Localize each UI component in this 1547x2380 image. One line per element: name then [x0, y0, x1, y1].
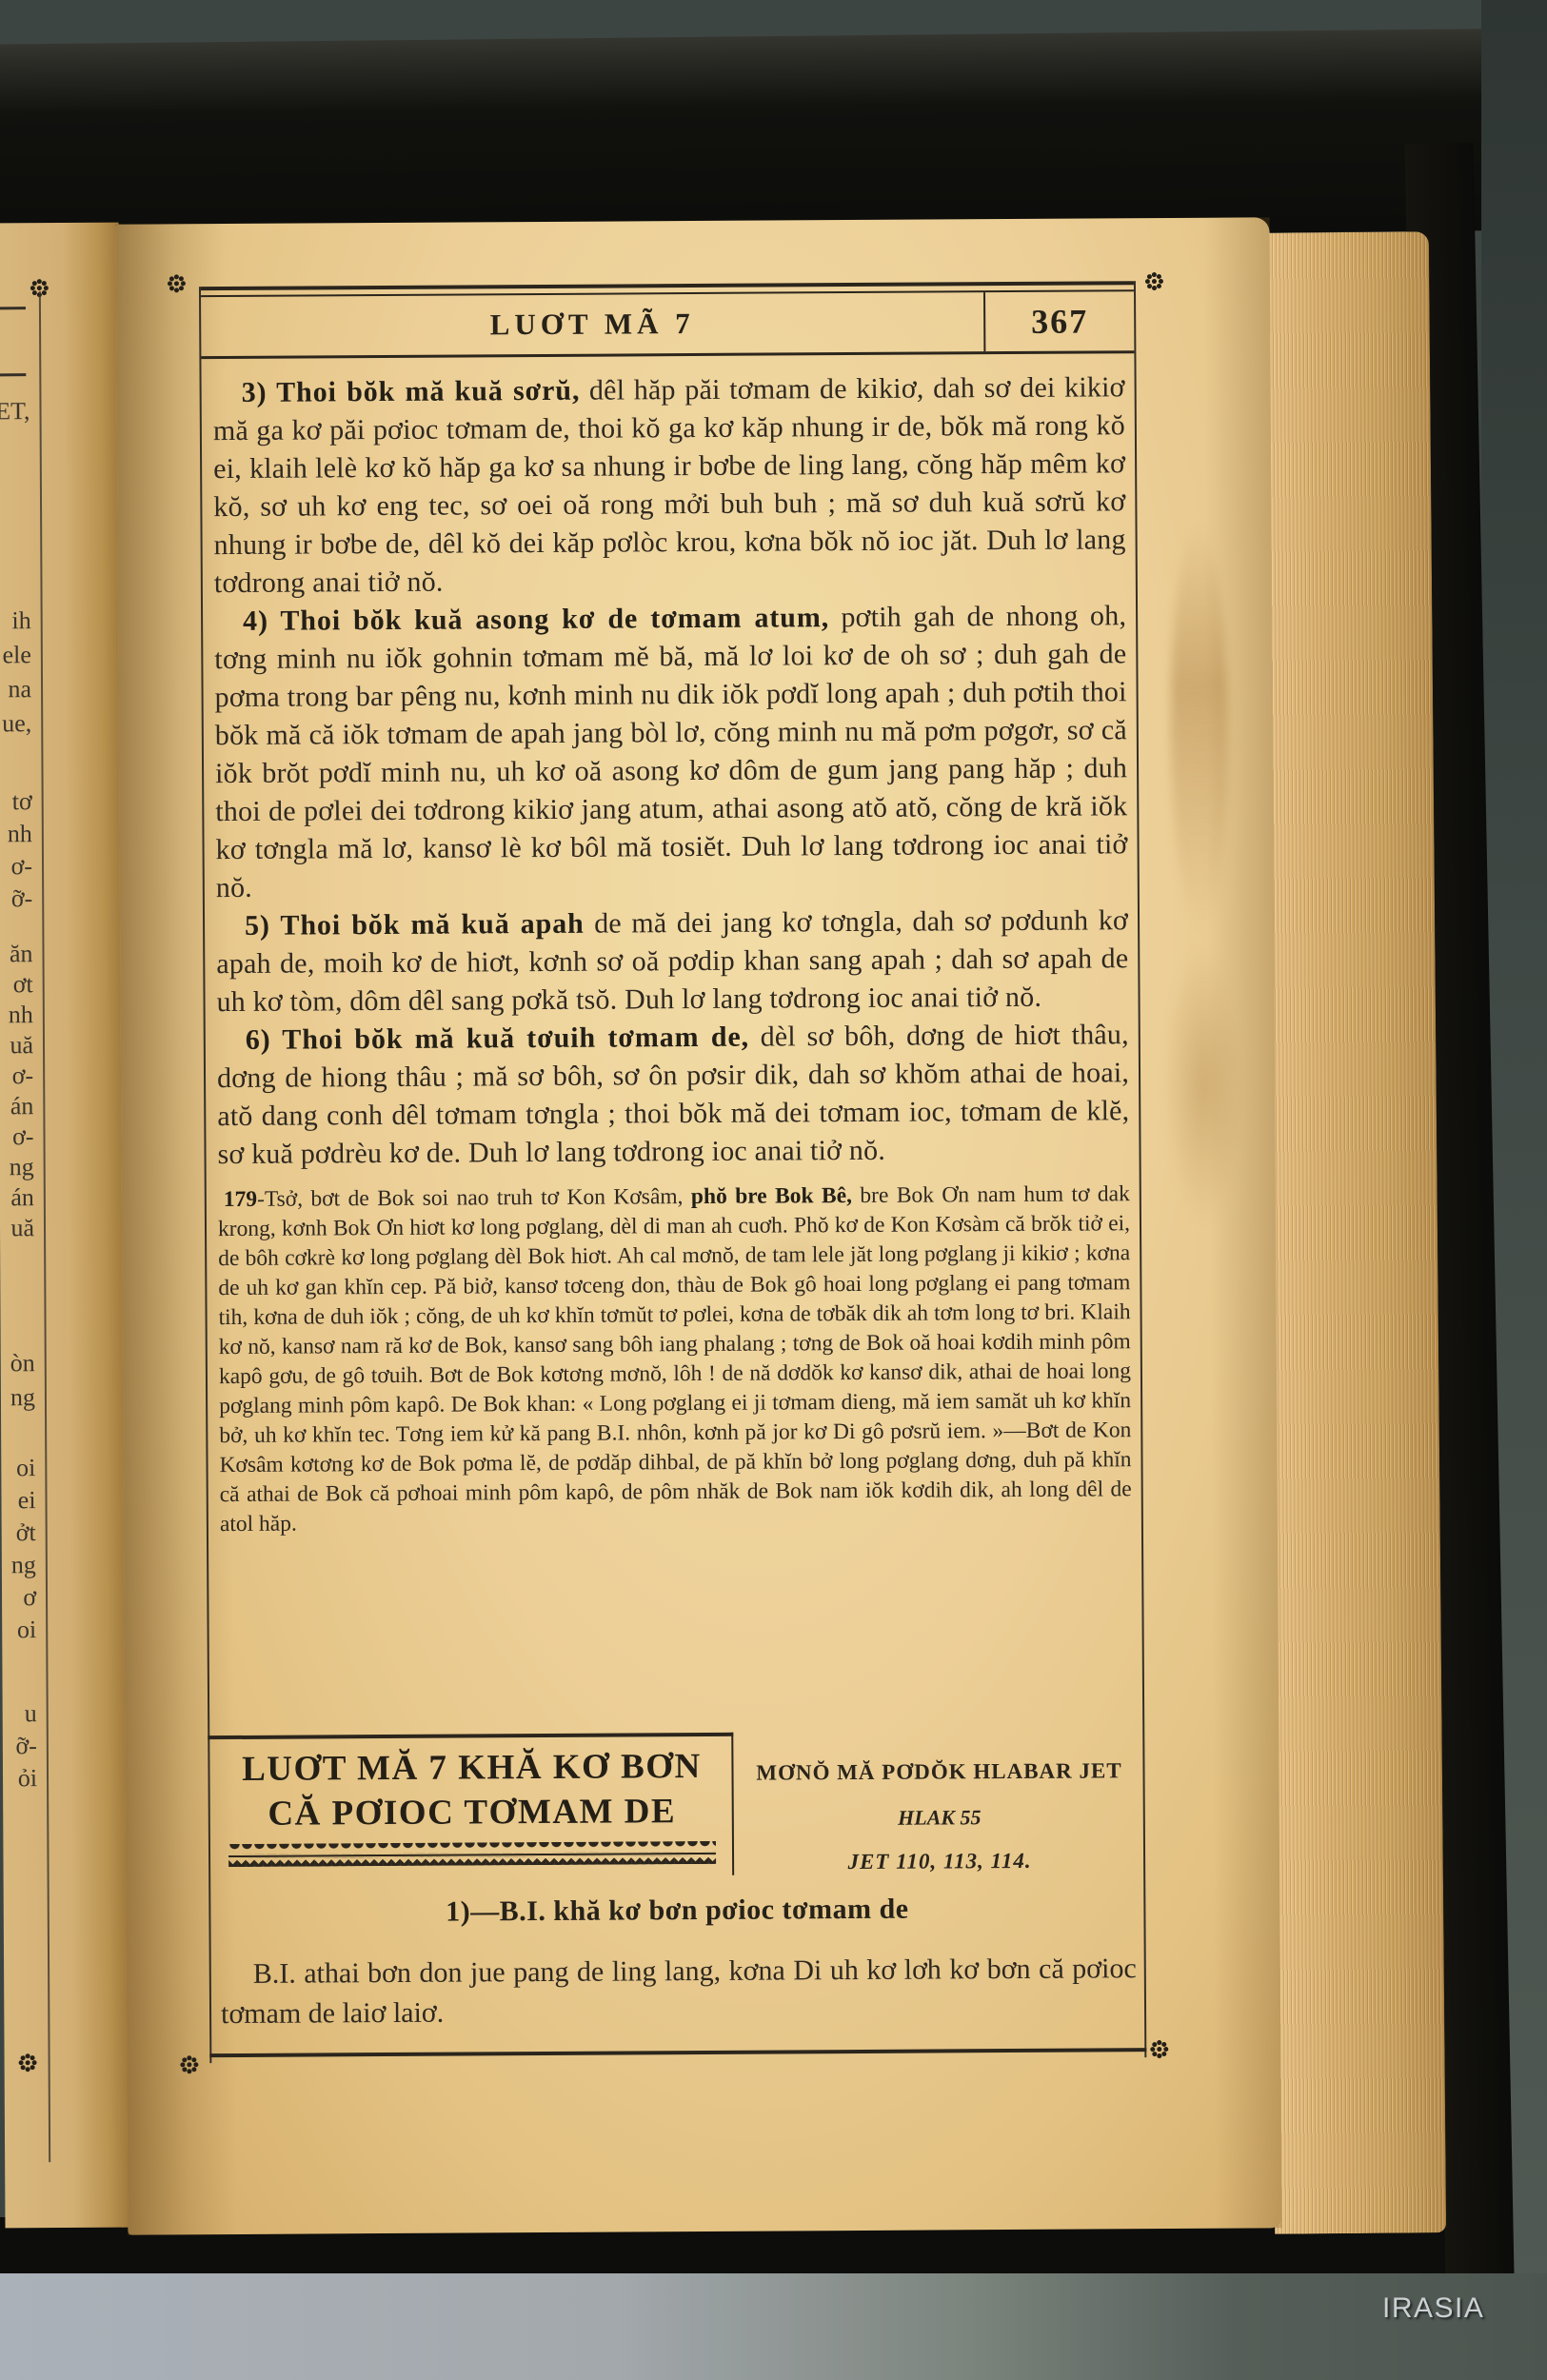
note-bold-phrase: phŏ bre Bok Bê,: [691, 1183, 852, 1209]
running-header-title: LUƠT MÃ 7: [201, 305, 983, 344]
margin-text-fragment: ng: [10, 1155, 34, 1180]
section-title-line1: LUƠT MĂ 7 KHĂ KƠ BƠN: [217, 1744, 725, 1792]
running-header: LUƠT MÃ 7 367: [201, 291, 1134, 356]
flower-ornament-icon: [26, 2060, 30, 2065]
margin-text-fragment: ơ-: [12, 1124, 34, 1149]
margin-text-fragment: ele: [2, 643, 30, 667]
bottom-rule: [209, 2048, 1146, 2063]
margin-text-fragment: ng: [10, 1385, 35, 1410]
reference-line1: MƠNŎ MĂ PƠDŎK HLABAR JET: [733, 1758, 1144, 1786]
section-title-cell: LUƠT MĂ 7 KHĂ KƠ BƠN CĂ PƠIOC TƠMAM DE: [208, 1733, 734, 1878]
margin-text-fragment: ơ-: [11, 854, 33, 879]
paragraph-5: 5) Thoi bŏk mă kuă apah de mă dei jang k…: [216, 902, 1129, 1021]
left-page-fragments: ET,ihelenaue,tơnhơ-ỡ-ănơtnhuăơ-ánơ-ngánu…: [0, 223, 118, 224]
margin-text-fragment: òn: [10, 1351, 35, 1376]
note-pre: -Tsở, bơt de Bok soi nao truh tơ Kon Kơs…: [257, 1184, 691, 1212]
page-edge-shadow: [1203, 217, 1282, 2228]
paragraph-6-lead: 6) Thoi bŏk mă kuă tơuih tơmam de,: [246, 1021, 749, 1056]
section-title-line2: CĂ PƠIOC TƠMAM DE: [218, 1789, 726, 1836]
text-block: LUƠT MÃ 7 367 3) Thoi bŏk mă kuă sơrŭ, d…: [199, 281, 1146, 2063]
margin-text-fragment: u: [25, 1701, 37, 1726]
page-number: 367: [983, 291, 1134, 351]
margin-text-fragment: ăn: [10, 942, 33, 966]
paragraph-3: 3) Thoi bŏk mă kuă sơrŭ, dêl hăp păi tơm…: [213, 368, 1126, 603]
ornament-band: [228, 1841, 717, 1867]
scanner-background-bottom: [0, 2273, 1547, 2380]
flower-ornament-icon: [187, 2062, 191, 2067]
margin-text-fragment: ei: [18, 1488, 36, 1513]
body-text: 3) Thoi bŏk mă kuă sơrŭ, dêl hăp păi tơm…: [201, 353, 1141, 1539]
paragraph-6: 6) Thoi bŏk mă kuă tơuih tơmam de, dèl s…: [217, 1016, 1130, 1174]
margin-text-fragment: ơt: [13, 972, 33, 997]
left-page-rule-fragment: [0, 373, 26, 376]
paragraph-5-lead: 5) Thoi bŏk mă kuă apah: [245, 908, 585, 942]
flower-ornament-icon: [1152, 279, 1157, 284]
left-page-sliver: ET,ihelenaue,tơnhơ-ỡ-ănơtnhuăơ-ánơ-ngánu…: [0, 223, 129, 2229]
reference-line2: HLAK 55: [734, 1804, 1145, 1832]
margin-text-fragment: tơ: [12, 789, 32, 814]
right-page: LUƠT MÃ 7 367 3) Thoi bŏk mă kuă sơrŭ, d…: [116, 217, 1282, 2234]
margin-text-fragment: nh: [9, 1002, 33, 1027]
margin-text-fragment: án: [10, 1185, 34, 1210]
margin-text-fragment: uă: [10, 1033, 33, 1058]
margin-text-fragment: uă: [10, 1216, 34, 1240]
margin-text-fragment: ơ-: [12, 1063, 34, 1088]
note-paragraph-179: 179-Tsở, bơt de Bok soi nao truh tơ Kon …: [218, 1180, 1132, 1539]
section-body-paragraph: B.I. athai bơn don jue pang de ling lang…: [221, 1949, 1137, 2034]
book-scan-photo: ET,ihelenaue,tơnhơ-ỡ-ănơtnhuăơ-ánơ-ngánu…: [0, 0, 1547, 2380]
note-number: 179: [224, 1187, 257, 1212]
chapter-section: LUƠT MĂ 7 KHĂ KƠ BƠN CĂ PƠIOC TƠMAM DE M…: [208, 1730, 1146, 2063]
flower-ornament-icon: [37, 286, 42, 290]
zigzag-ornament-icon: [228, 1855, 717, 1867]
paragraph-4-lead: 4) Thoi bŏk kuă asong kơ de tơmam atum,: [243, 602, 829, 637]
reference-line3: JET 110, 113, 114.: [734, 1848, 1145, 1875]
section-reference-cell: MƠNŎ MĂ PƠDŎK HLABAR JET HLAK 55 JET 110…: [733, 1730, 1145, 1875]
margin-text-fragment: ởt: [16, 1520, 36, 1545]
margin-text-fragment: ỏi: [18, 1766, 37, 1791]
paragraph-4: 4) Thoi bŏk kuă asong kơ de tơmam atum, …: [214, 597, 1128, 907]
margin-text-fragment: ỡ-: [15, 1734, 37, 1758]
margin-text-fragment: na: [8, 677, 31, 702]
section-header-row: LUƠT MĂ 7 KHĂ KƠ BƠN CĂ PƠIOC TƠMAM DE M…: [208, 1730, 1145, 1878]
margin-text-fragment: oi: [16, 1456, 35, 1480]
page-edge-stack: [1258, 231, 1446, 2233]
margin-text-fragment: án: [10, 1094, 34, 1119]
section-subheading: 1)—B.I. khă kơ bơn pơioc tơmam de: [208, 1892, 1145, 1930]
left-page-rule-fragment: [0, 307, 26, 309]
margin-text-fragment: ET,: [0, 399, 30, 424]
paragraph-4-body: pơtih gah de nhong oh, tơng minh nu iŏk …: [214, 600, 1127, 903]
margin-text-fragment: nh: [8, 822, 32, 846]
margin-text-fragment: ng: [11, 1553, 36, 1577]
flower-ornament-icon: [1157, 2047, 1161, 2052]
top-rule-thick: [201, 281, 1134, 290]
note-body: bre Bok Ơn nam hum tơ dak krong, kơnh Bo…: [218, 1181, 1132, 1537]
margin-text-fragment: ơ: [23, 1585, 36, 1610]
margin-text-fragment: ue,: [2, 711, 31, 736]
watermark-text: IRASIA: [1382, 2292, 1484, 2325]
flower-ornament-icon: [174, 281, 179, 286]
margin-text-fragment: ỡ-: [11, 886, 33, 911]
book-cover-top-edge: [0, 28, 1547, 246]
left-page-border-rule: [39, 291, 50, 2162]
paragraph-3-lead: 3) Thoi bŏk mă kuă sơrŭ,: [242, 375, 581, 408]
margin-text-fragment: ih: [11, 608, 30, 633]
margin-text-fragment: oi: [17, 1617, 36, 1642]
